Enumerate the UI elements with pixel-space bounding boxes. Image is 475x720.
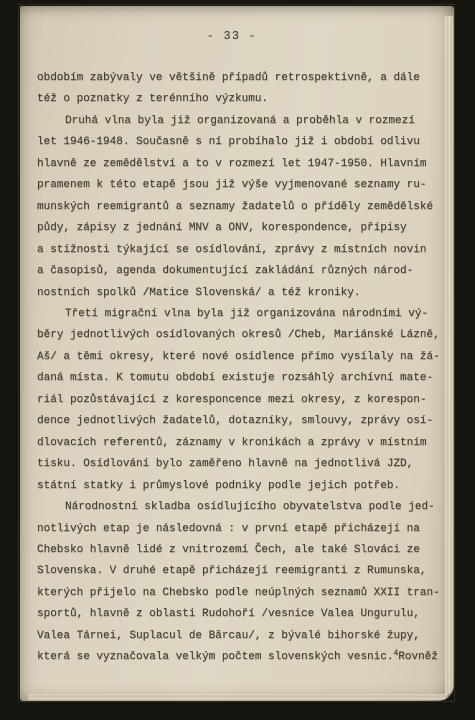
text-line: Valea Tárnei, Suplacul de Bărcau/, z býv… <box>37 626 447 647</box>
footnote-marker: 4 <box>393 649 398 658</box>
text-line: též o poznatky z terénního výzkumu. <box>37 89 447 110</box>
page-number: - 33 - <box>15 30 449 43</box>
text-line: Národnostní skladba osídlujícího obyvate… <box>37 497 447 518</box>
text-line: hlavně ze zemědělství a to v rozmezí let… <box>37 154 447 175</box>
text-line: dlovacích referentů, záznamy v kronikách… <box>37 433 447 454</box>
text-line: která se vyznačovala velkým počtem slove… <box>37 647 447 668</box>
text-line: sportů, hlavně z oblasti Rudohoří /vesni… <box>37 604 447 625</box>
text-line: kterých přijelo na Chebsko podle neúplný… <box>37 583 447 604</box>
text-line: Třetí migrační vlna byla již organizován… <box>37 304 447 325</box>
text-line: Aš/ a těmi okresy, které nové osídlence … <box>37 347 447 368</box>
text-line: státní statky i průmyslové podniky podle… <box>37 476 447 497</box>
text-line: a časopisů, agenda dokumentující zakládá… <box>37 261 447 282</box>
text-line: notlivých etap je následovná : v první e… <box>37 519 447 540</box>
text-line: nostních spolků /Matice Slovenská/ a též… <box>37 283 447 304</box>
scanned-document: - 33 - obdobím zabývaly ve většině přípa… <box>0 0 475 720</box>
text-line: riál pozůstávající z koresponcence mezi … <box>37 390 447 411</box>
body-text: obdobím zabývaly ve většině případů retr… <box>37 68 447 669</box>
document-page: - 33 - obdobím zabývaly ve většině přípa… <box>20 6 454 701</box>
text-line: Druhá vlna byla již organizovaná a probě… <box>37 111 447 132</box>
text-line: let 1946-1948. Současně s ní probíhalo j… <box>37 132 447 153</box>
page-stack-edge-bottom <box>28 694 448 700</box>
text-line: pramenem k této etapě jsou již výše vyjm… <box>37 175 447 196</box>
text-line: půdy, zápisy z jednání MNV a ONV, koresp… <box>37 218 447 239</box>
text-line: Slovenska. V druhé etapě přicházejí reem… <box>37 561 447 582</box>
text-line: dence jednotlivých žadatelů, dotazníky, … <box>37 411 447 432</box>
text-line: běry jednotlivých osídlovaných okresů /C… <box>37 325 447 346</box>
text-line: tisku. Osídlování bylo zaměřeno hlavně n… <box>37 454 447 475</box>
text-line: munských reemigrantů a seznamy žadatelů … <box>37 197 447 218</box>
text-line: a stížnosti týkající se osídlování, zprá… <box>37 240 447 261</box>
text-line: obdobím zabývaly ve většině případů retr… <box>37 68 447 89</box>
text-line: Chebsko hlavně lidé z vnitrozemí Čech, a… <box>37 540 447 561</box>
text-line: daná místa. K tomutu období existuje roz… <box>37 368 447 389</box>
